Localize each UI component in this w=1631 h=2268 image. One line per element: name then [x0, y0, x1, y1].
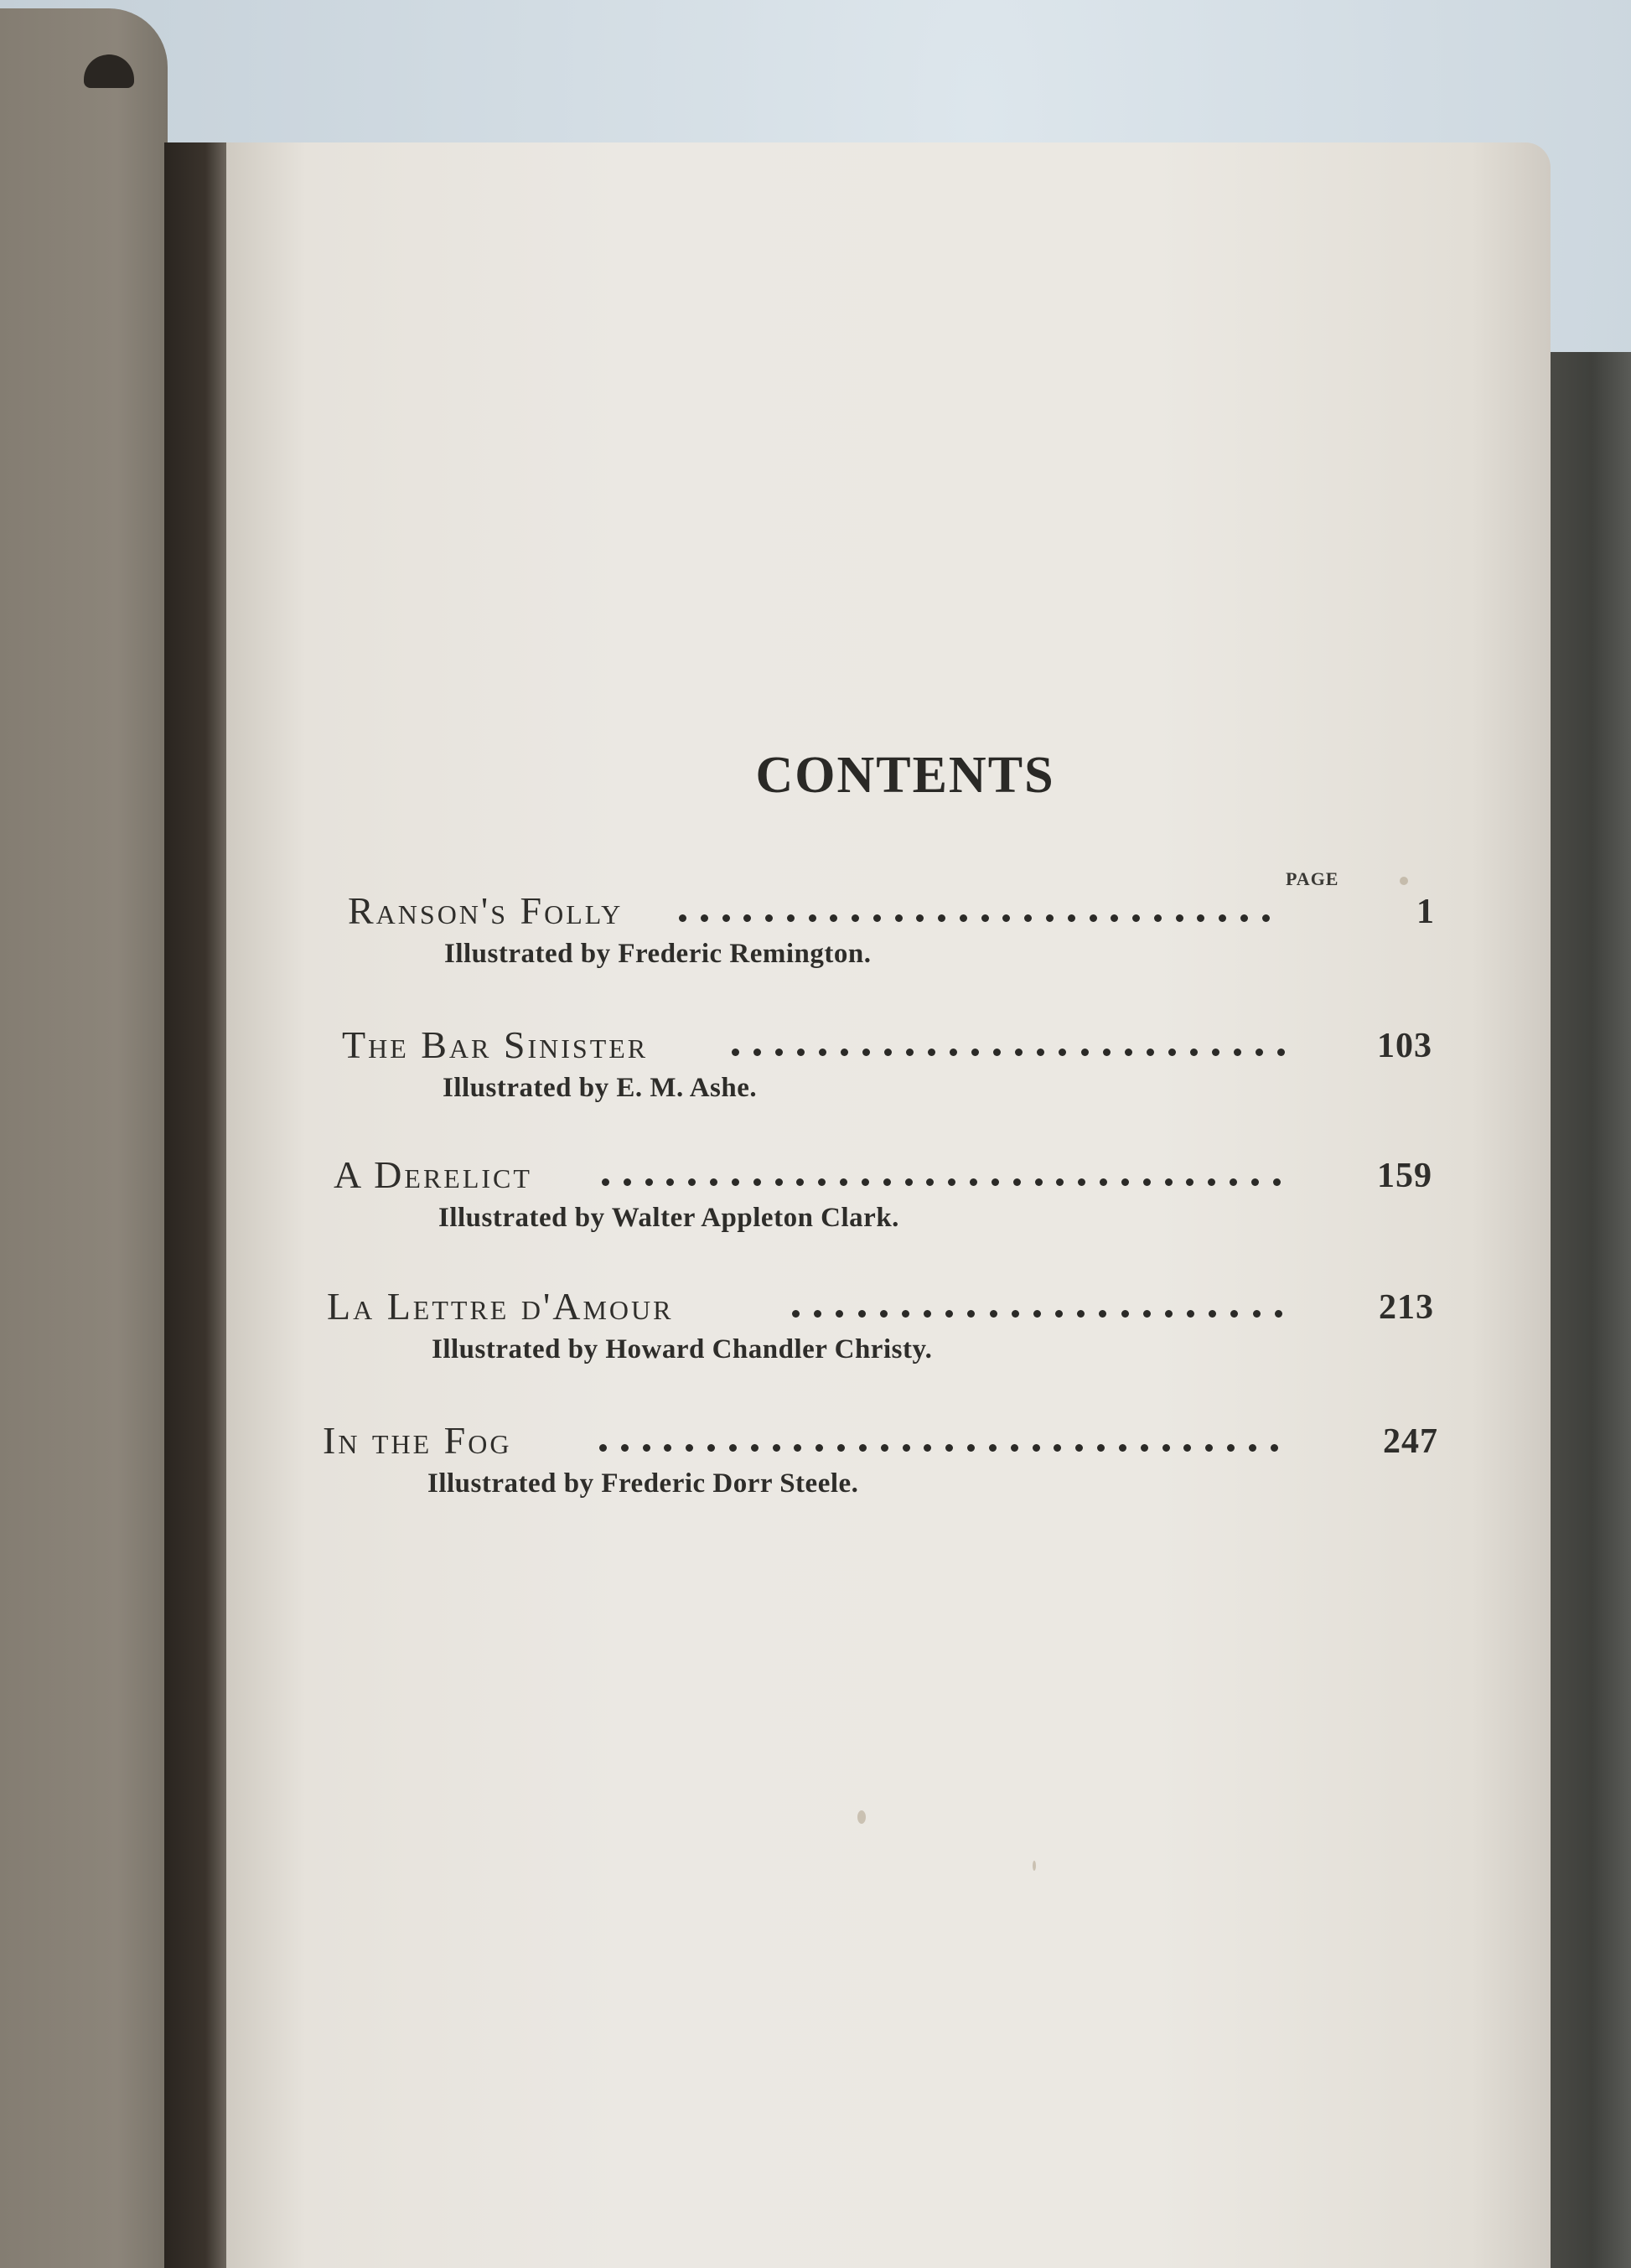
book-left-cover — [0, 8, 168, 2268]
toc-entry-page-number: 159 — [1377, 1156, 1432, 1196]
page-column-label: PAGE — [1286, 868, 1338, 890]
toc-entry-title: A Derelict — [334, 1152, 532, 1197]
toc-entry-page-number: 213 — [1379, 1287, 1434, 1328]
toc-entry-title-line: A Derelict — [334, 1152, 532, 1197]
toc-entry-illustrator: Illustrated by Howard Chandler Christy. — [432, 1334, 932, 1365]
toc-entry: A Derelict 159 Illustrated by Walter App… — [334, 1152, 1473, 1270]
toc-entry-page-number: 247 — [1383, 1421, 1438, 1462]
toc-entry-title-line: The Bar Sinister — [342, 1023, 648, 1067]
toc-entry-page-number: 1 — [1416, 892, 1435, 932]
toc-entry-title: Ranson's Folly — [348, 888, 623, 933]
paper-spot — [857, 1810, 866, 1824]
book-page: CONTENTS PAGE Ranson's Folly 1 Illustrat… — [226, 142, 1551, 2268]
dot-leader — [599, 1418, 1278, 1460]
toc-entry-title: The Bar Sinister — [342, 1023, 648, 1067]
toc-entry-illustrator: Illustrated by Frederic Remington. — [444, 939, 872, 970]
paper-spot — [1400, 877, 1408, 885]
cover-corner-binding — [84, 54, 134, 88]
dot-leader — [602, 1152, 1281, 1194]
contents-page: CONTENTS PAGE Ranson's Folly 1 Illustrat… — [226, 142, 1551, 2268]
dot-leader — [792, 1284, 1282, 1326]
paper-spot — [1033, 1861, 1036, 1871]
page-title: CONTENTS — [696, 746, 1115, 805]
toc-entry: The Bar Sinister 103 Illustrated by E. M… — [342, 1023, 1473, 1140]
toc-entry-illustrator: Illustrated by Walter Appleton Clark. — [438, 1203, 899, 1234]
dot-leader — [679, 888, 1270, 930]
toc-entry: In the Fog 247 Illustrated by Frederic D… — [323, 1418, 1479, 1535]
toc-entry-title-line: In the Fog — [323, 1418, 511, 1463]
toc-entry: Ranson's Folly 1 Illustrated by Frederic… — [348, 888, 1471, 1006]
dot-leader — [732, 1023, 1285, 1064]
toc-entry-title-line: La Lettre d'Amour — [327, 1284, 673, 1328]
toc-entry-illustrator: Illustrated by Frederic Dorr Steele. — [427, 1468, 858, 1499]
toc-entry-title: In the Fog — [323, 1418, 511, 1463]
toc-entry: La Lettre d'Amour 213 Illustrated by How… — [327, 1284, 1475, 1401]
toc-entry-illustrator: Illustrated by E. M. Ashe. — [443, 1073, 757, 1104]
toc-entry-title-line: Ranson's Folly — [348, 888, 623, 933]
toc-entry-page-number: 103 — [1377, 1026, 1432, 1066]
toc-entry-title: La Lettre d'Amour — [327, 1284, 673, 1328]
